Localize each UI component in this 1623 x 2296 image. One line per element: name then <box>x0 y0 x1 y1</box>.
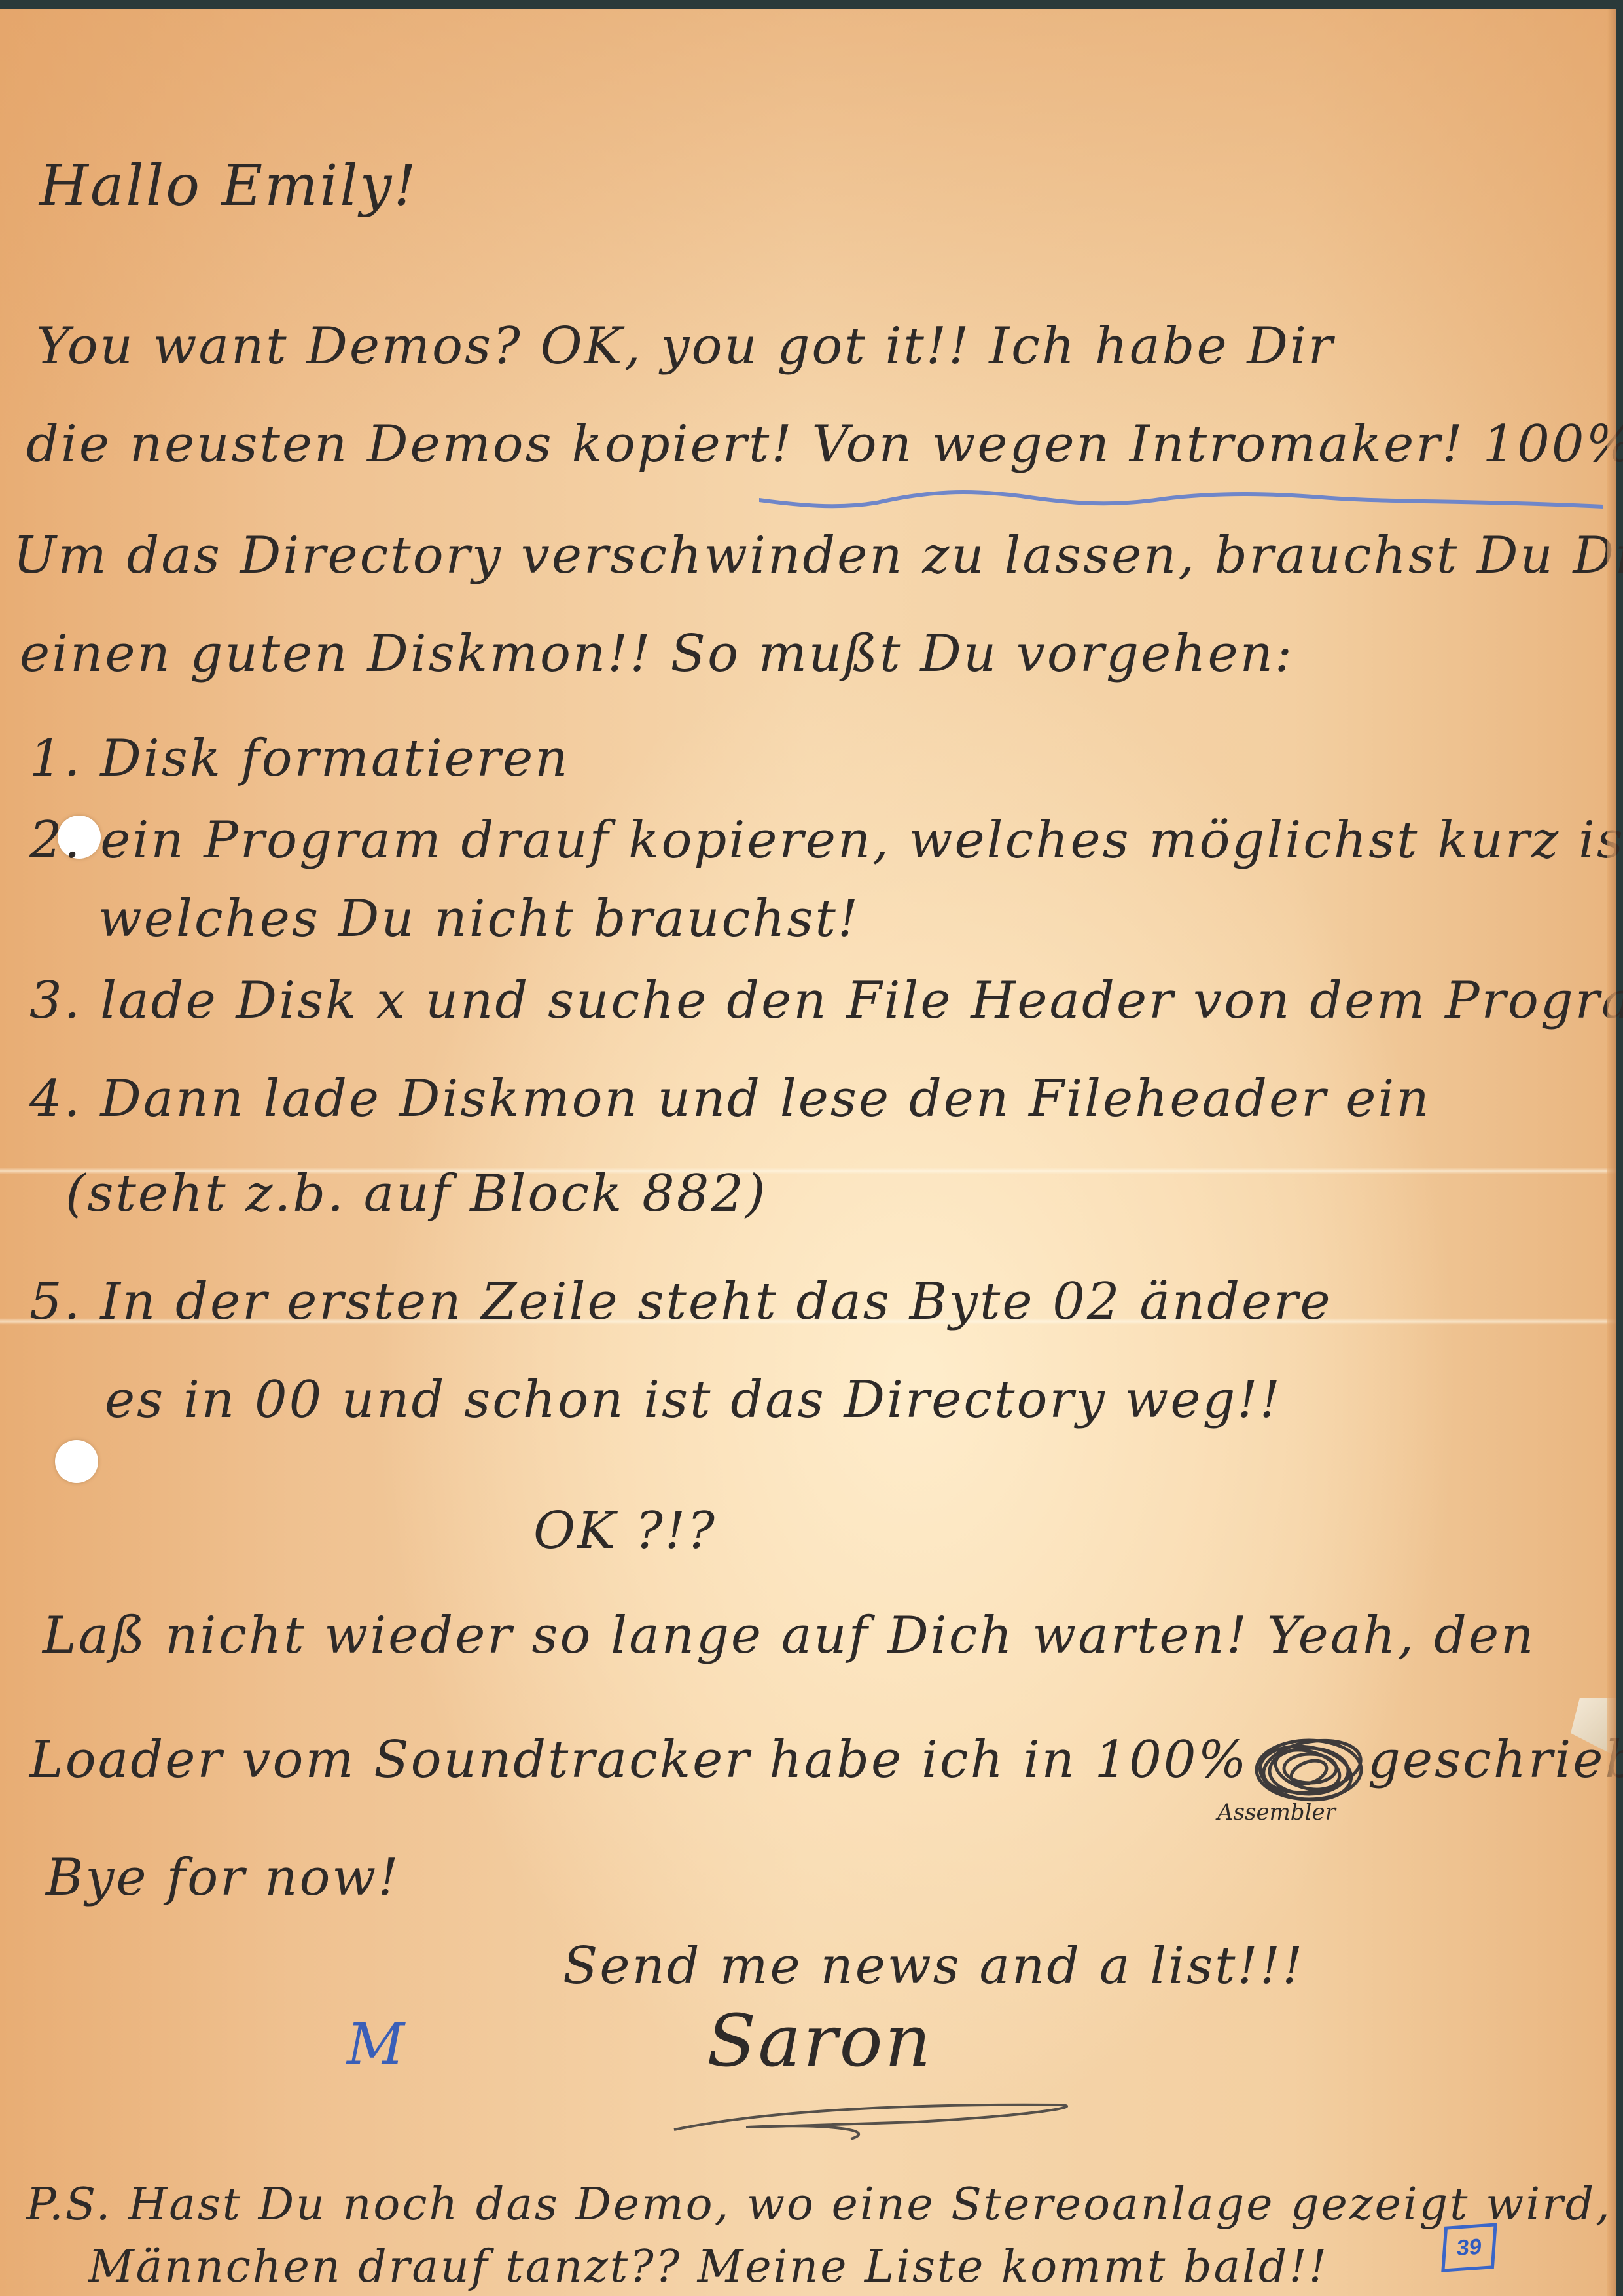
paragraph-line: Loader vom Soundtracker habe ich in 100% <box>29 1731 1249 1789</box>
step-number: 4. <box>29 1069 82 1128</box>
paper-shading <box>0 9 1616 467</box>
step-text: Disk formatieren <box>100 729 569 788</box>
postscript-line: Männchen drauf tanzt?? Meine Liste kommt… <box>88 2241 1329 2293</box>
bye-line: Bye for now! <box>46 1848 401 1907</box>
request-line: Send me news and a list!!! <box>563 1937 1305 1996</box>
blue-wavy-underline <box>759 487 1603 513</box>
paragraph-line: die neusten Demos kopiert! Von wegen Int… <box>26 415 1623 474</box>
step-number: 3. <box>29 971 82 1030</box>
punch-hole <box>55 1440 98 1483</box>
step-5-continued: es in 00 und schon ist das Directory weg… <box>105 1371 1282 1429</box>
step-2: 2. ein Program drauf kopieren, welches m… <box>29 811 1623 870</box>
signature: Saron <box>707 1999 933 2083</box>
step-4-continued: (steht z.b. auf Block 882) <box>65 1164 767 1223</box>
step-number: 1. <box>29 729 82 788</box>
step-number: 2. <box>29 811 82 870</box>
scribble-correction: Assembler <box>1217 1799 1336 1825</box>
postscript-line: P.S. Hast Du noch das Demo, wo eine Ster… <box>26 2179 1623 2231</box>
letter-page: Hallo Emily! You want Demos? OK, you got… <box>0 9 1616 2296</box>
page-number-stamp: 39 <box>1441 2223 1497 2272</box>
step-text: In der ersten Zeile steht das Byte 02 än… <box>100 1272 1332 1331</box>
paragraph-line-end: geschrieben! <box>1368 1731 1623 1789</box>
paragraph-line: einen guten Diskmon!! So mußt Du vorgehe… <box>20 624 1294 683</box>
step-text: Dann lade Diskmon und lese den Fileheade… <box>100 1069 1431 1128</box>
greeting: Hallo Emily! <box>39 153 418 219</box>
step-text: lade Disk x und suche den File Header vo… <box>100 971 1623 1030</box>
ok-question: OK ?!? <box>533 1501 717 1560</box>
step-text: ein Program drauf kopieren, welches mögl… <box>100 811 1623 870</box>
paragraph-line: You want Demos? OK, you got it!! Ich hab… <box>36 317 1334 376</box>
paragraph-line: Laß nicht wieder so lange auf Dich warte… <box>43 1606 1535 1665</box>
paragraph-line: Um das Directory verschwinden zu lassen,… <box>13 526 1623 585</box>
margin-mark: M <box>347 2012 406 2077</box>
step-1: 1. Disk formatieren <box>29 729 570 788</box>
step-number: 5. <box>29 1272 82 1331</box>
step-2-continued: welches Du nicht brauchst! <box>98 889 860 948</box>
step-5: 5. In der ersten Zeile steht das Byte 02… <box>29 1272 1332 1331</box>
step-4: 4. Dann lade Diskmon und lese den Filehe… <box>29 1069 1431 1128</box>
step-3: 3. lade Disk x und suche den File Header… <box>29 971 1623 1030</box>
signature-flourish <box>668 2090 1073 2156</box>
